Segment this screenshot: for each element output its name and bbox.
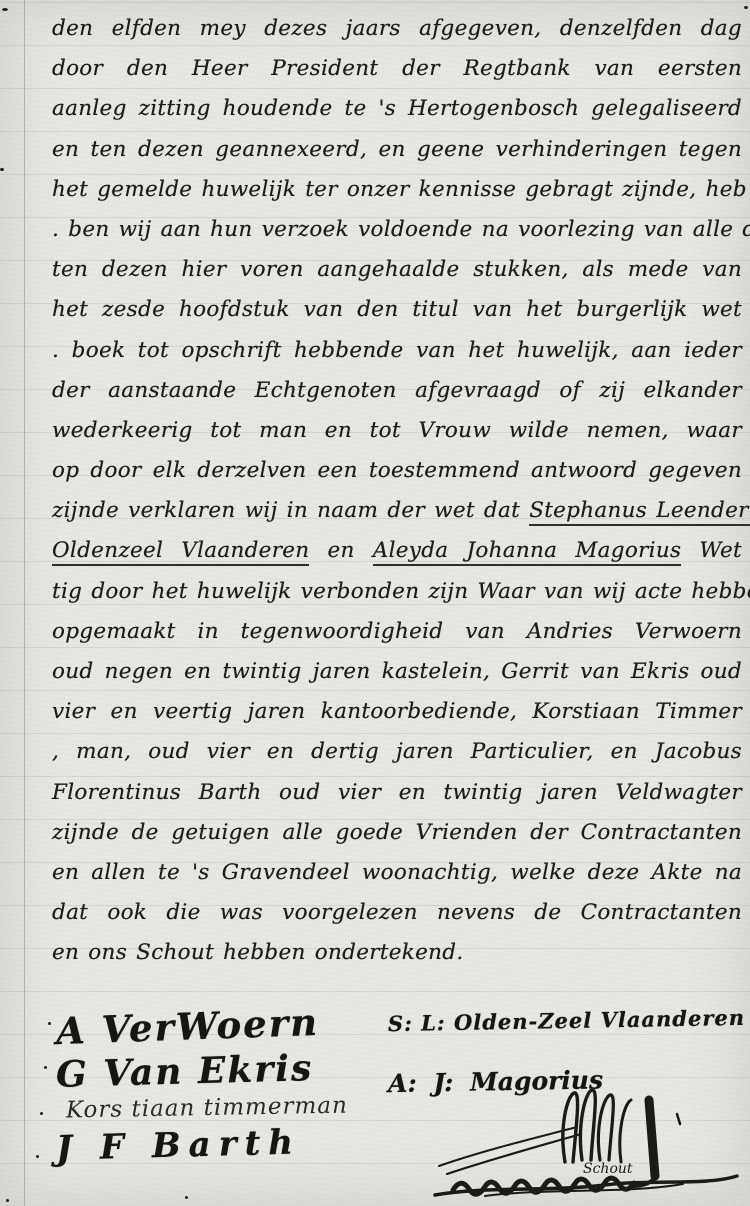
line-text: Wet <box>681 538 742 563</box>
document-line: tig door het huwelijk verbonden zijn Waa… <box>52 572 742 612</box>
document-line: dat ook die was voorgelezen nevens de Co… <box>52 893 742 933</box>
document-line: door den Heer President der Regtbank van… <box>52 49 742 89</box>
signature: G Van Ekris <box>55 1046 348 1099</box>
line-text: en ons Schout hebben ondertekend. <box>52 940 463 965</box>
scanned-document-page: den elfden mey dezes jaars afgegeven, de… <box>0 0 750 1206</box>
underlined-name: Aleyda Johanna Magorius <box>373 538 682 566</box>
ink-speck <box>185 1196 188 1199</box>
line-text: tig door het huwelijk verbonden zijn Waa… <box>52 579 750 604</box>
document-line: wederkeerig tot man en tot Vrouw wilde n… <box>52 411 742 451</box>
document-lines: den elfden mey dezes jaars afgegeven, de… <box>52 9 742 974</box>
line-text: opgemaakt in tegenwoordigheid van Andrie… <box>52 619 742 644</box>
schout-signature-flourish: Schout <box>425 1082 750 1204</box>
line-text: aanleg zitting houdende te 's Hertogenbo… <box>52 96 742 121</box>
line-text: op door elk derzelven een toestemmend an… <box>52 458 742 483</box>
document-line: en ons Schout hebben ondertekend. <box>52 933 742 973</box>
ink-speck <box>744 6 748 9</box>
ink-speck <box>36 1155 39 1158</box>
ink-speck <box>2 8 8 11</box>
line-text: . boek tot opschrift hebbende van het hu… <box>52 338 742 363</box>
line-text: dat ook die was voorgelezen nevens de Co… <box>52 900 742 925</box>
ink-speck <box>0 168 4 171</box>
ink-speck <box>40 1112 43 1115</box>
document-line: vier en veertig jaren kantoorbediende, K… <box>52 692 742 732</box>
document-line: Florentinus Barth oud vier en twintig ja… <box>52 773 742 813</box>
line-text: en ten dezen geannexeerd, en geene verhi… <box>52 137 742 162</box>
document-line: . boek tot opschrift hebbende van het hu… <box>52 331 742 371</box>
line-text: Florentinus Barth oud vier en twintig ja… <box>52 780 742 805</box>
document-line: het zesde hoofdstuk van den titul van he… <box>52 290 742 330</box>
document-line: het gemelde huwelijk ter onzer kennisse … <box>52 170 742 210</box>
document-line: en allen te 's Gravendeel woonachtig, we… <box>52 853 742 893</box>
underlined-name: Oldenzeel Vlaanderen <box>52 538 309 566</box>
document-line: der aanstaande Echtgenoten afgevraagd of… <box>52 371 742 411</box>
line-text: der aanstaande Echtgenoten afgevraagd of… <box>52 378 742 403</box>
line-text: ten dezen hier voren aangehaalde stukken… <box>52 257 742 282</box>
line-text: het gemelde huwelijk ter onzer kennisse … <box>52 177 747 202</box>
line-text: wederkeerig tot man en tot Vrouw wilde n… <box>52 418 742 443</box>
line-text: en <box>309 538 372 563</box>
line-text: den elfden mey dezes jaars afgegeven, de… <box>52 16 742 41</box>
document-line: , man, oud vier en dertig jaren Particul… <box>52 732 742 772</box>
line-text: het zesde hoofdstuk van den titul van he… <box>52 297 742 322</box>
document-line: en ten dezen geannexeerd, en geene verhi… <box>52 130 742 170</box>
document-line: den elfden mey dezes jaars afgegeven, de… <box>52 9 742 49</box>
document-line: . ben wij aan hun verzoek voldoende na v… <box>52 210 742 250</box>
line-text: zijnde verklaren wij in naam der wet dat <box>52 498 529 523</box>
document-line: ten dezen hier voren aangehaalde stukken… <box>52 250 742 290</box>
document-line: op door elk derzelven een toestemmend an… <box>52 451 742 491</box>
ink-speck <box>44 1066 47 1069</box>
signature: J F Barth <box>56 1121 349 1169</box>
document-line: zijnde verklaren wij in naam der wet dat… <box>52 491 742 531</box>
document-line: aanleg zitting houdende te 's Hertogenbo… <box>52 89 742 129</box>
document-line: Oldenzeel Vlaanderen en Aleyda Johanna M… <box>52 531 742 571</box>
line-text: vier en veertig jaren kantoorbediende, K… <box>52 699 742 724</box>
document-line: oud negen en twintig jaren kastelein, Ge… <box>52 652 742 692</box>
document-line: opgemaakt in tegenwoordigheid van Andrie… <box>52 612 742 652</box>
signatures-left-column: A VerWoernG Van EkrisKors tiaan timmerma… <box>56 1004 348 1165</box>
line-text: zijnde de getuigen alle goede Vrienden d… <box>52 820 742 845</box>
ink-speck <box>48 1022 51 1025</box>
schout-label: Schout <box>583 1161 633 1177</box>
signature: S: L: Olden-Zeel Vlaanderen <box>388 1005 746 1051</box>
line-text: door den Heer President der Regtbank van… <box>52 56 742 81</box>
line-text: en allen te 's Gravendeel woonachtig, we… <box>52 860 742 885</box>
line-text: . ben wij aan hun verzoek voldoende na v… <box>52 217 750 242</box>
ink-speck <box>6 1199 9 1202</box>
underlined-name: Stephanus Leendert <box>529 498 750 526</box>
document-line: zijnde de getuigen alle goede Vrienden d… <box>52 813 742 853</box>
line-text: oud negen en twintig jaren kastelein, Ge… <box>52 659 742 684</box>
left-margin-rule <box>24 0 25 1206</box>
line-text: , man, oud vier en dertig jaren Particul… <box>52 739 742 764</box>
